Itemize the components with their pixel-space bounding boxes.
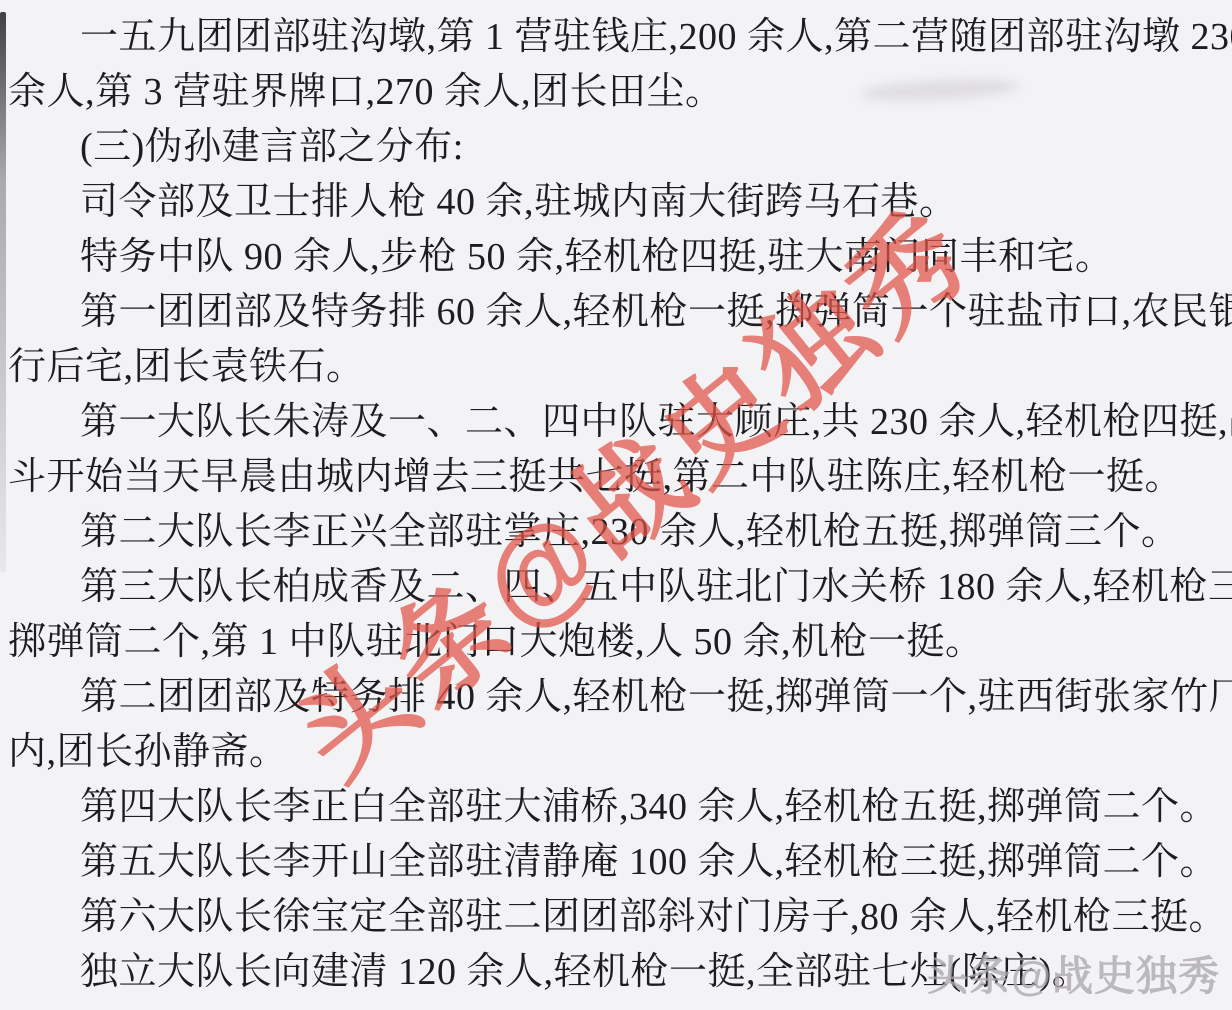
text-line: 特务中队 90 余人,步枪 50 余,轻机枪四挺,驻大南门同丰和宅。 [8, 230, 1232, 285]
text-line: 第三大队长柏成香及二、四、五中队驻北门水关桥 180 余人,轻机枪三挺, [8, 560, 1232, 615]
text-line: 一五九团团部驻沟墩,第 1 营驻钱庄,200 余人,第二营随团部驻沟墩 230 [8, 10, 1232, 65]
text-line: 独立大队长向建清 120 余人,轻机枪一挺,全部驻七灶(陈庄)。 [8, 945, 1232, 1000]
scan-edge-shadow [0, 12, 6, 572]
text-line: 掷弹筒二个,第 1 中队驻北门口大炮楼,人 50 余,机枪一挺。 [8, 615, 1232, 670]
text-line: 第一团团部及特务排 60 余人,轻机枪一挺,掷弹筒一个驻盐市口,农民银 [8, 285, 1232, 340]
text-line: 第二大队长李正兴全部驻掌庄,230 余人,轻机枪五挺,掷弹筒三个。 [8, 505, 1232, 560]
text-line: 斗开始当天早晨由城内增去三挺共七挺,第二中队驻陈庄,轻机枪一挺。 [8, 450, 1232, 505]
text-line: 第六大队长徐宝定全部驻二团团部斜对门房子,80 余人,轻机枪三挺。 [8, 890, 1232, 945]
text-line: (三)伪孙建言部之分布: [8, 120, 1232, 175]
text-line: 内,团长孙静斋。 [8, 725, 1232, 780]
document-text: 一五九团团部驻沟墩,第 1 营驻钱庄,200 余人,第二营随团部驻沟墩 230余… [8, 10, 1232, 1000]
scanned-document-page: 一五九团团部驻沟墩,第 1 营驻钱庄,200 余人,第二营随团部驻沟墩 230余… [0, 0, 1232, 1010]
text-line: 余人,第 3 营驻界牌口,270 余人,团长田尘。 [8, 65, 1232, 120]
text-line: 行后宅,团长袁铁石。 [8, 340, 1232, 395]
text-line: 第五大队长李开山全部驻清静庵 100 余人,轻机枪三挺,掷弹筒二个。 [8, 835, 1232, 890]
text-line: 第一大队长朱涛及一、二、四中队驻大顾庄,共 230 余人,轻机枪四挺,战 [8, 395, 1232, 450]
text-line: 司令部及卫士排人枪 40 余,驻城内南大街跨马石巷。 [8, 175, 1232, 230]
text-line: 第二团团部及特务排 40 余人,轻机枪一挺,掷弹筒一个,驻西街张家竹厂 [8, 670, 1232, 725]
text-line: 第四大队长李正白全部驻大浦桥,340 余人,轻机枪五挺,掷弹筒二个。 [8, 780, 1232, 835]
